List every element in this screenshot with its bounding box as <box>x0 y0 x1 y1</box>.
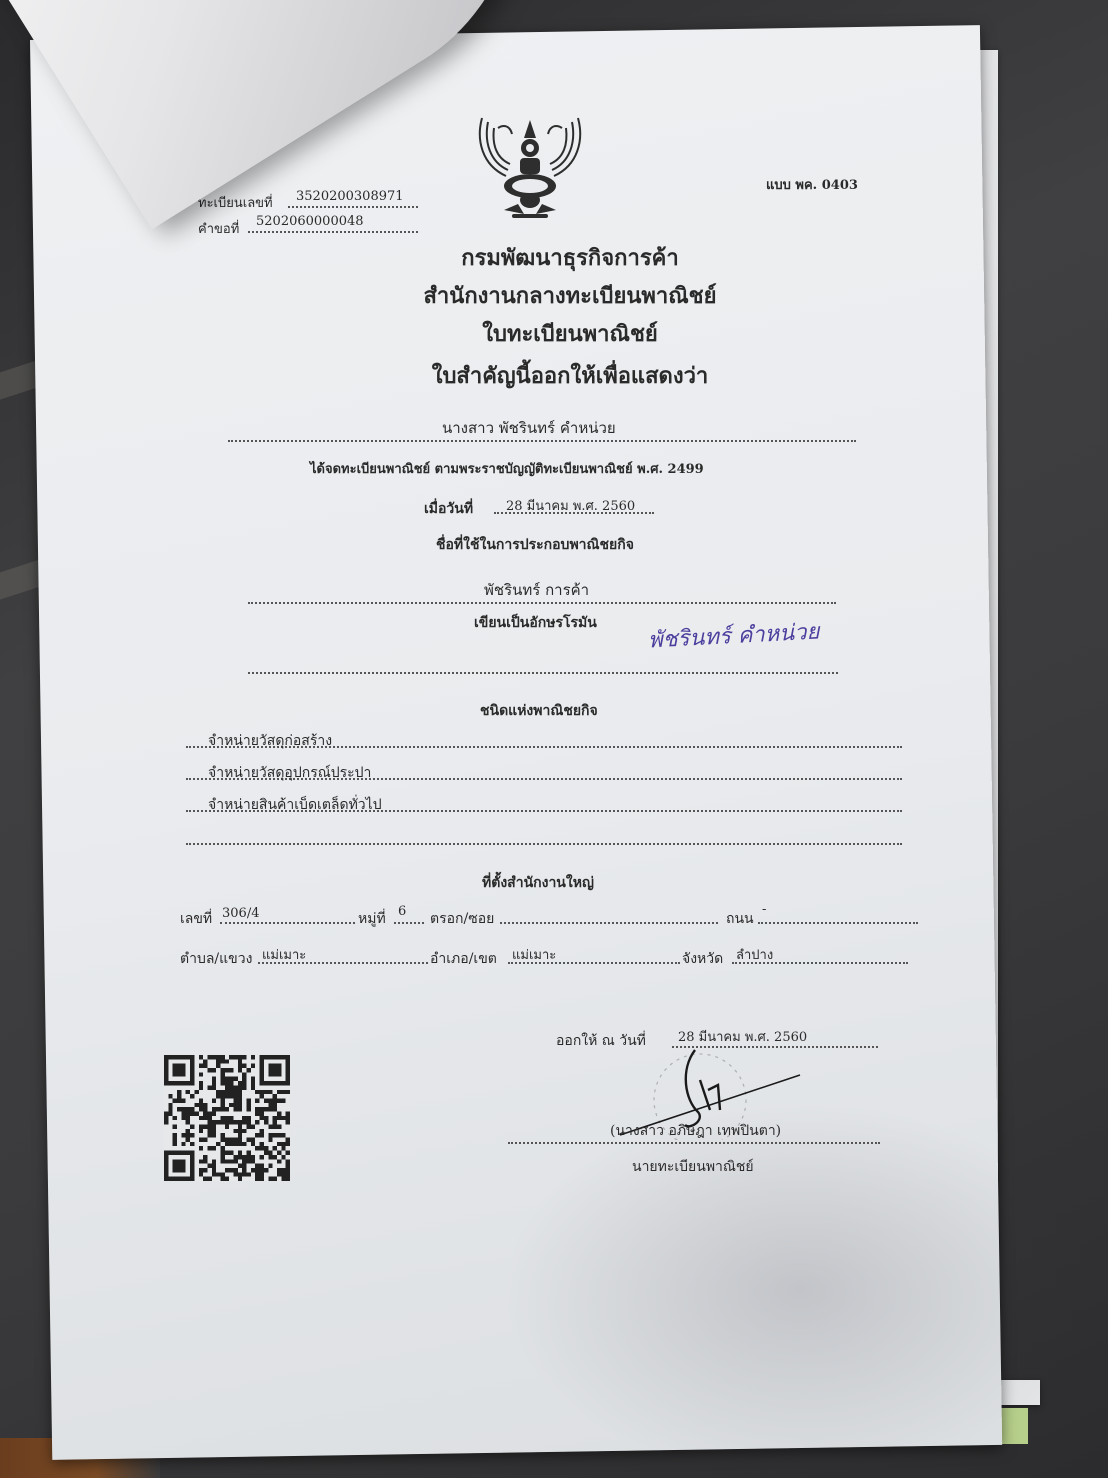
certificate-title: ใบทะเบียนพาณิชย์ <box>0 316 1108 351</box>
owner-name: นางสาว พัชรินทร์ คำหน่วย <box>442 416 616 440</box>
form-code: แบบ พค. 0403 <box>766 174 858 195</box>
dotted-line <box>288 206 418 208</box>
business-type-item: จำหน่ายวัสดุก่อสร้าง <box>208 730 332 752</box>
request-no-label: คำขอที่ <box>198 218 239 239</box>
dotted-line <box>248 602 836 604</box>
address-district-label: อำเภอ/เขต <box>430 948 497 970</box>
address-soi-label: ตรอก/ซอย <box>430 908 494 930</box>
certificate-subtitle: ใบสำคัญนี้ออกให้เพื่อแสดงว่า <box>0 358 1108 393</box>
dotted-line <box>186 843 902 845</box>
dotted-line <box>732 962 908 964</box>
registration-no-label: ทะเบียนเลขที่ <box>198 192 273 213</box>
dotted-line <box>394 922 424 924</box>
business-type-item: จำหน่ายสินค้าเบ็ดเตล็ดทั่วไป <box>208 794 382 816</box>
dotted-line <box>228 440 856 442</box>
dotted-line <box>758 922 918 924</box>
address-moo-label: หมู่ที่ <box>358 908 386 930</box>
address-subdistrict-label: ตำบล/แขวง <box>180 948 252 970</box>
dotted-line <box>500 922 718 924</box>
qr-code-icon <box>162 1055 292 1181</box>
dotted-line <box>248 672 838 674</box>
registrar-name: (นางสาว อภิษฎา เทพปินตา) <box>610 1120 781 1142</box>
address-road: - <box>762 902 766 917</box>
dotted-line <box>248 231 418 233</box>
registered-date-label: เมื่อวันที่ <box>424 498 473 520</box>
address-moo: 6 <box>398 904 406 919</box>
registration-no: 3520200308971 <box>296 189 404 204</box>
dotted-line <box>258 962 428 964</box>
registration-act: ได้จดทะเบียนพาณิชย์ ตามพระราชบัญญัติทะเบ… <box>310 458 704 479</box>
address-no-label: เลขที่ <box>180 908 212 930</box>
hq-label: ที่ตั้งสำนักงานใหญ่ <box>482 872 594 894</box>
department-title: กรมพัฒนาธุรกิจการค้า <box>0 240 1108 275</box>
registered-date: 28 มีนาคม พ.ศ. 2560 <box>506 495 635 516</box>
business-name: พัชรินทร์ การค้า <box>484 578 589 602</box>
business-type-label: ชนิดแห่งพาณิชยกิจ <box>480 700 598 722</box>
address-road-label: ถนน <box>726 908 754 930</box>
roman-name-label: เขียนเป็นอักษรโรมัน <box>474 612 597 634</box>
business-type-item: จำหน่ายวัสดุอุปกรณ์ประปา <box>208 762 371 784</box>
request-no: 5202060000048 <box>256 214 364 229</box>
business-name-label: ชื่อที่ใช้ในการประกอบพาณิชยกิจ <box>436 534 634 556</box>
dotted-line <box>508 962 680 964</box>
dotted-line <box>508 1142 880 1144</box>
registrar-title: นายทะเบียนพาณิชย์ <box>632 1156 754 1178</box>
address-no: 306/4 <box>222 906 259 921</box>
dotted-line <box>220 922 355 924</box>
garuda-emblem-icon <box>468 110 592 228</box>
office-title: สำนักงานกลางทะเบียนพาณิชย์ <box>0 278 1108 313</box>
address-province-label: จังหวัด <box>682 948 723 970</box>
